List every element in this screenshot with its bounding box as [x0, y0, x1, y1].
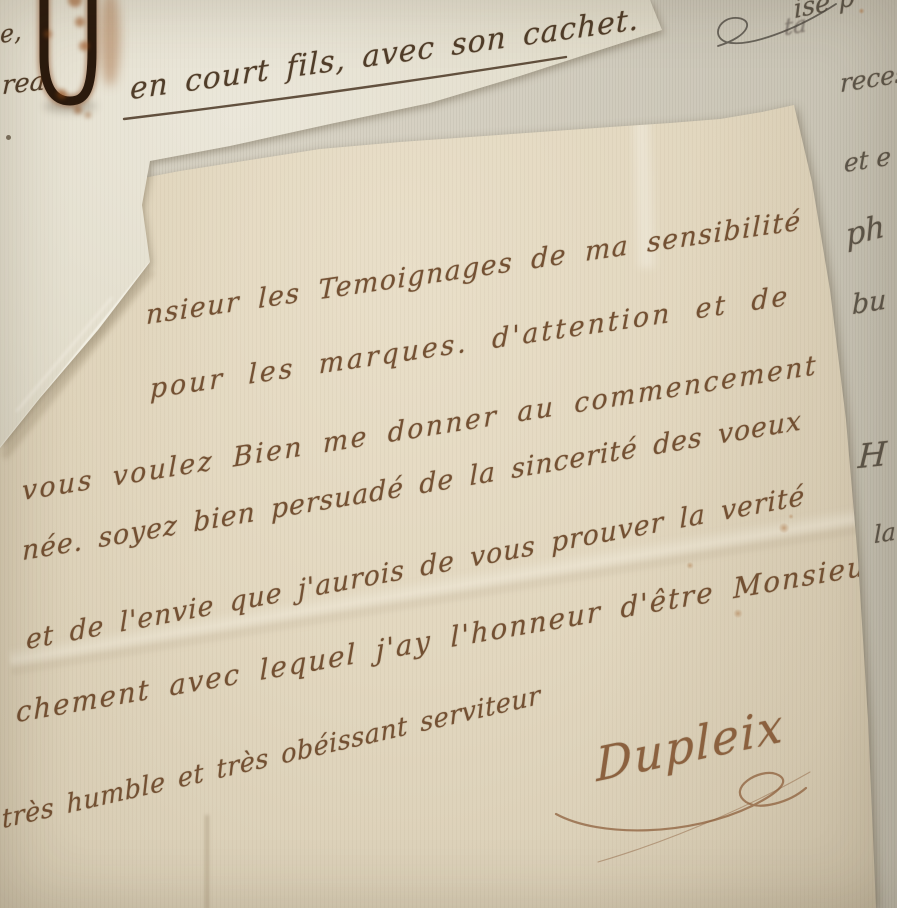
annotation-underline: [110, 45, 590, 130]
annotation-slip-shadow: e, rea en court fils, avec son cachet.: [0, 0, 897, 908]
photograph: ise p reces et e ph bu H la ta nsieur le…: [0, 0, 897, 908]
ink-speck: [6, 135, 11, 140]
rusted-paperclip: [18, 0, 148, 134]
fold-highlight: [0, 263, 151, 451]
fold-highlight: [15, 297, 113, 413]
